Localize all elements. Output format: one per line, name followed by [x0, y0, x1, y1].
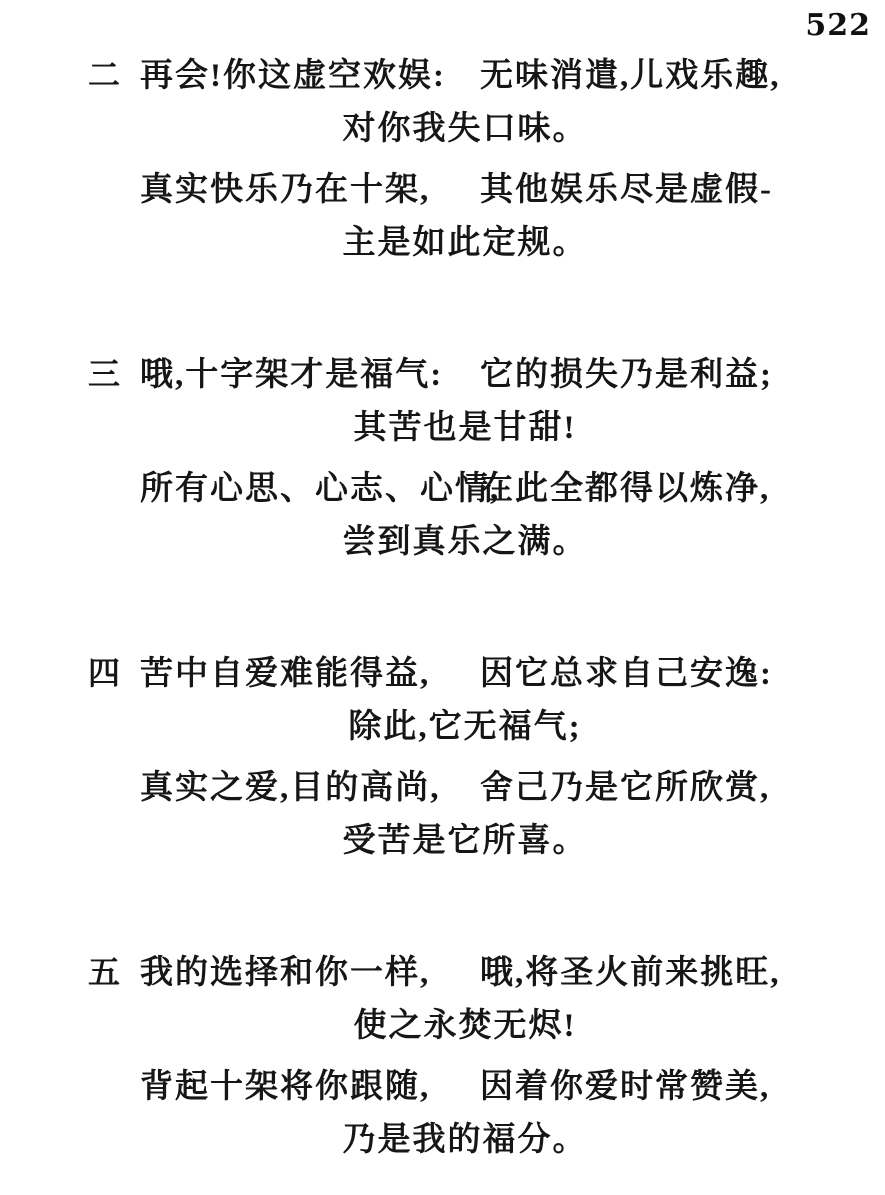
- lyric-right: 其他娱乐尽是虚假-: [480, 163, 885, 210]
- lyric-right: 在此全都得以炼净,: [480, 462, 885, 509]
- lyric-line: 所有心思、心志、心情, 在此全都得以炼净,: [0, 457, 885, 514]
- lyric-left: 背起十架将你跟随,: [140, 1060, 480, 1107]
- lyric-line: 四 苦中自爱难能得益, 因它总求自己安逸:: [0, 642, 885, 699]
- lyric-right: 哦,将圣火前来挑旺,: [480, 946, 885, 993]
- lyric-left: 再会!你这虚空欢娱:: [140, 49, 480, 96]
- lyric-line-centered: 使之永焚无烬!: [140, 998, 790, 1055]
- lyric-line: 真实之爱,目的高尚, 舍己乃是它所欣赏,: [0, 756, 885, 813]
- lyric-left: 苦中自爱难能得益,: [140, 647, 480, 694]
- lyric-right: 舍己乃是它所欣赏,: [480, 761, 885, 808]
- lyric-line-centered: 主是如此定规。: [140, 215, 790, 272]
- stanza-5: 五 我的选择和你一样, 哦,将圣火前来挑旺, 使之永焚无烬! 背起十架将你跟随,…: [0, 941, 885, 1169]
- page-number: 522: [805, 8, 871, 43]
- lyric-right: 因着你爱时常赞美,: [480, 1060, 885, 1107]
- lyric-line-centered: 乃是我的福分。: [140, 1112, 790, 1169]
- stanza-3: 三 哦,十字架才是福气: 它的损失乃是利益; 其苦也是甘甜! 所有心思、心志、心…: [0, 343, 885, 571]
- lyric-right: 无味消遣,儿戏乐趣,: [480, 49, 885, 96]
- lyric-left: 我的选择和你一样,: [140, 946, 480, 993]
- verse-number: 五: [88, 947, 140, 993]
- lyric-right: 它的损失乃是利益;: [480, 348, 885, 395]
- lyric-left: 所有心思、心志、心情,: [140, 462, 480, 509]
- verse-number: 四: [88, 648, 140, 694]
- lyric-line-centered: 受苦是它所喜。: [140, 813, 790, 870]
- hymn-content: 二 再会!你这虚空欢娱: 无味消遣,儿戏乐趣, 对你我失口味。 真实快乐乃在十架…: [0, 44, 885, 1169]
- lyric-line: 真实快乐乃在十架, 其他娱乐尽是虚假-: [0, 158, 885, 215]
- verse-number: 二: [88, 50, 140, 96]
- lyric-line-centered: 其苦也是甘甜!: [140, 400, 790, 457]
- lyric-left: 真实之爱,目的高尚,: [140, 761, 480, 808]
- lyric-line-centered: 对你我失口味。: [140, 101, 790, 158]
- lyric-line: 五 我的选择和你一样, 哦,将圣火前来挑旺,: [0, 941, 885, 998]
- lyric-line: 三 哦,十字架才是福气: 它的损失乃是利益;: [0, 343, 885, 400]
- stanza-4: 四 苦中自爱难能得益, 因它总求自己安逸: 除此,它无福气; 真实之爱,目的高尚…: [0, 642, 885, 870]
- lyric-line: 背起十架将你跟随, 因着你爱时常赞美,: [0, 1055, 885, 1112]
- hymn-page: 522 二 再会!你这虚空欢娱: 无味消遣,儿戏乐趣, 对你我失口味。 真实快乐…: [0, 0, 885, 1195]
- lyric-line-centered: 尝到真乐之满。: [140, 514, 790, 571]
- lyric-left: 真实快乐乃在十架,: [140, 163, 480, 210]
- stanza-2: 二 再会!你这虚空欢娱: 无味消遣,儿戏乐趣, 对你我失口味。 真实快乐乃在十架…: [0, 44, 885, 272]
- lyric-line: 二 再会!你这虚空欢娱: 无味消遣,儿戏乐趣,: [0, 44, 885, 101]
- lyric-right: 因它总求自己安逸:: [480, 647, 885, 694]
- verse-number: 三: [88, 349, 140, 395]
- lyric-left: 哦,十字架才是福气:: [140, 348, 480, 395]
- lyric-line-centered: 除此,它无福气;: [140, 699, 790, 756]
